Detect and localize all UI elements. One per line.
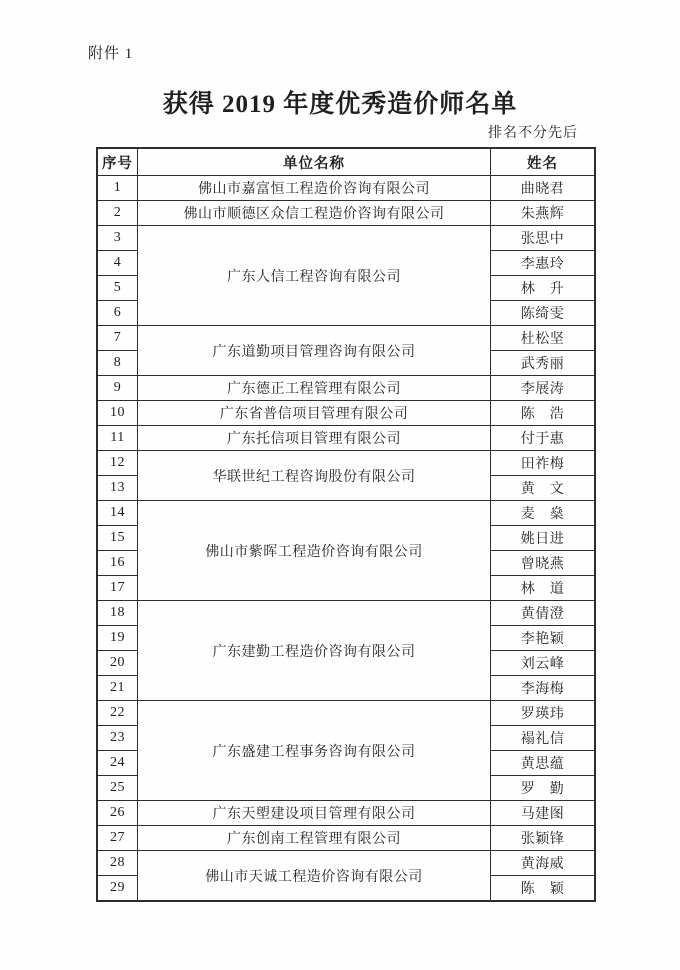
person-name-cell: 李海梅 bbox=[491, 676, 596, 701]
table-header-row: 序号 单位名称 姓名 bbox=[97, 148, 595, 176]
person-name-cell: 张思中 bbox=[491, 226, 596, 251]
person-name-cell: 田祚梅 bbox=[491, 451, 596, 476]
person-name-cell: 黄 文 bbox=[491, 476, 596, 501]
row-number-cell: 20 bbox=[97, 651, 138, 676]
person-name-cell: 姚日进 bbox=[491, 526, 596, 551]
table-row: 2佛山市顺德区众信工程造价咨询有限公司朱燕辉 bbox=[97, 201, 595, 226]
company-cell: 广东道勤项目管理咨询有限公司 bbox=[138, 326, 491, 376]
company-cell: 华联世纪工程咨询股份有限公司 bbox=[138, 451, 491, 501]
person-name-cell: 付于惠 bbox=[491, 426, 596, 451]
row-number-cell: 14 bbox=[97, 501, 138, 526]
row-number-cell: 7 bbox=[97, 326, 138, 351]
row-number-cell: 27 bbox=[97, 826, 138, 851]
row-number-cell: 17 bbox=[97, 576, 138, 601]
row-number-cell: 19 bbox=[97, 626, 138, 651]
person-name-cell: 李展涛 bbox=[491, 376, 596, 401]
row-number-cell: 28 bbox=[97, 851, 138, 876]
row-number-cell: 25 bbox=[97, 776, 138, 801]
company-cell: 广东省普信项目管理有限公司 bbox=[138, 401, 491, 426]
table-row: 14佛山市紫晖工程造价咨询有限公司麦 燊 bbox=[97, 501, 595, 526]
company-cell: 广东人信工程咨询有限公司 bbox=[138, 226, 491, 326]
company-cell: 广东托信项目管理有限公司 bbox=[138, 426, 491, 451]
person-name-cell: 杜松坚 bbox=[491, 326, 596, 351]
company-cell: 广东天塱建设项目管理有限公司 bbox=[138, 801, 491, 826]
row-number-cell: 6 bbox=[97, 301, 138, 326]
row-number-cell: 12 bbox=[97, 451, 138, 476]
row-number-cell: 11 bbox=[97, 426, 138, 451]
person-name-cell: 刘云峰 bbox=[491, 651, 596, 676]
row-number-cell: 24 bbox=[97, 751, 138, 776]
row-number-cell: 2 bbox=[97, 201, 138, 226]
person-name-cell: 罗 勤 bbox=[491, 776, 596, 801]
company-cell: 佛山市嘉富恒工程造价咨询有限公司 bbox=[138, 176, 491, 201]
person-name-cell: 黄思蕴 bbox=[491, 751, 596, 776]
col-header-name: 姓名 bbox=[491, 148, 596, 176]
row-number-cell: 23 bbox=[97, 726, 138, 751]
person-name-cell: 陈 浩 bbox=[491, 401, 596, 426]
person-name-cell: 武秀丽 bbox=[491, 351, 596, 376]
person-name-cell: 马建图 bbox=[491, 801, 596, 826]
ranking-note: 排名不分先后 bbox=[488, 122, 578, 142]
row-number-cell: 18 bbox=[97, 601, 138, 626]
person-name-cell: 陈绮雯 bbox=[491, 301, 596, 326]
person-name-cell: 李艳颖 bbox=[491, 626, 596, 651]
person-name-cell: 麦 燊 bbox=[491, 501, 596, 526]
person-name-cell: 李惠玲 bbox=[491, 251, 596, 276]
page-title: 获得 2019 年度优秀造价师名单 bbox=[0, 84, 680, 120]
row-number-cell: 4 bbox=[97, 251, 138, 276]
person-name-cell: 曾晓燕 bbox=[491, 551, 596, 576]
row-number-cell: 10 bbox=[97, 401, 138, 426]
person-name-cell: 陈 颖 bbox=[491, 876, 596, 902]
table-row: 22广东盛建工程事务咨询有限公司罗瑛玮 bbox=[97, 701, 595, 726]
person-name-cell: 林 道 bbox=[491, 576, 596, 601]
person-name-cell: 曲晓君 bbox=[491, 176, 596, 201]
col-header-no: 序号 bbox=[97, 148, 138, 176]
company-cell: 佛山市紫晖工程造价咨询有限公司 bbox=[138, 501, 491, 601]
table-row: 12华联世纪工程咨询股份有限公司田祚梅 bbox=[97, 451, 595, 476]
person-name-cell: 黄倩澄 bbox=[491, 601, 596, 626]
company-cell: 佛山市天诚工程造价咨询有限公司 bbox=[138, 851, 491, 902]
document-page: 附件 1 获得 2019 年度优秀造价师名单 排名不分先后 序号 单位名称 姓名… bbox=[0, 0, 680, 970]
company-cell: 佛山市顺德区众信工程造价咨询有限公司 bbox=[138, 201, 491, 226]
company-cell: 广东创南工程管理有限公司 bbox=[138, 826, 491, 851]
row-number-cell: 16 bbox=[97, 551, 138, 576]
person-name-cell: 罗瑛玮 bbox=[491, 701, 596, 726]
row-number-cell: 9 bbox=[97, 376, 138, 401]
row-number-cell: 21 bbox=[97, 676, 138, 701]
person-name-cell: 朱燕辉 bbox=[491, 201, 596, 226]
awardees-table: 序号 单位名称 姓名 1佛山市嘉富恒工程造价咨询有限公司曲晓君2佛山市顺德区众信… bbox=[96, 147, 596, 902]
table-row: 27广东创南工程管理有限公司张颖锋 bbox=[97, 826, 595, 851]
table-row: 28佛山市天诚工程造价咨询有限公司黄海威 bbox=[97, 851, 595, 876]
attachment-label: 附件 1 bbox=[88, 42, 133, 63]
table-row: 1佛山市嘉富恒工程造价咨询有限公司曲晓君 bbox=[97, 176, 595, 201]
person-name-cell: 林 升 bbox=[491, 276, 596, 301]
row-number-cell: 15 bbox=[97, 526, 138, 551]
table-row: 11广东托信项目管理有限公司付于惠 bbox=[97, 426, 595, 451]
table-row: 7广东道勤项目管理咨询有限公司杜松坚 bbox=[97, 326, 595, 351]
table-row: 9广东德正工程管理有限公司李展涛 bbox=[97, 376, 595, 401]
row-number-cell: 22 bbox=[97, 701, 138, 726]
row-number-cell: 29 bbox=[97, 876, 138, 902]
table-row: 3广东人信工程咨询有限公司张思中 bbox=[97, 226, 595, 251]
row-number-cell: 26 bbox=[97, 801, 138, 826]
person-name-cell: 张颖锋 bbox=[491, 826, 596, 851]
row-number-cell: 8 bbox=[97, 351, 138, 376]
row-number-cell: 3 bbox=[97, 226, 138, 251]
person-name-cell: 黄海威 bbox=[491, 851, 596, 876]
row-number-cell: 1 bbox=[97, 176, 138, 201]
table-row: 18广东建勤工程造价咨询有限公司黄倩澄 bbox=[97, 601, 595, 626]
row-number-cell: 13 bbox=[97, 476, 138, 501]
table-row: 10广东省普信项目管理有限公司陈 浩 bbox=[97, 401, 595, 426]
company-cell: 广东德正工程管理有限公司 bbox=[138, 376, 491, 401]
company-cell: 广东盛建工程事务咨询有限公司 bbox=[138, 701, 491, 801]
col-header-company: 单位名称 bbox=[138, 148, 491, 176]
person-name-cell: 褟礼信 bbox=[491, 726, 596, 751]
table-row: 26广东天塱建设项目管理有限公司马建图 bbox=[97, 801, 595, 826]
row-number-cell: 5 bbox=[97, 276, 138, 301]
company-cell: 广东建勤工程造价咨询有限公司 bbox=[138, 601, 491, 701]
